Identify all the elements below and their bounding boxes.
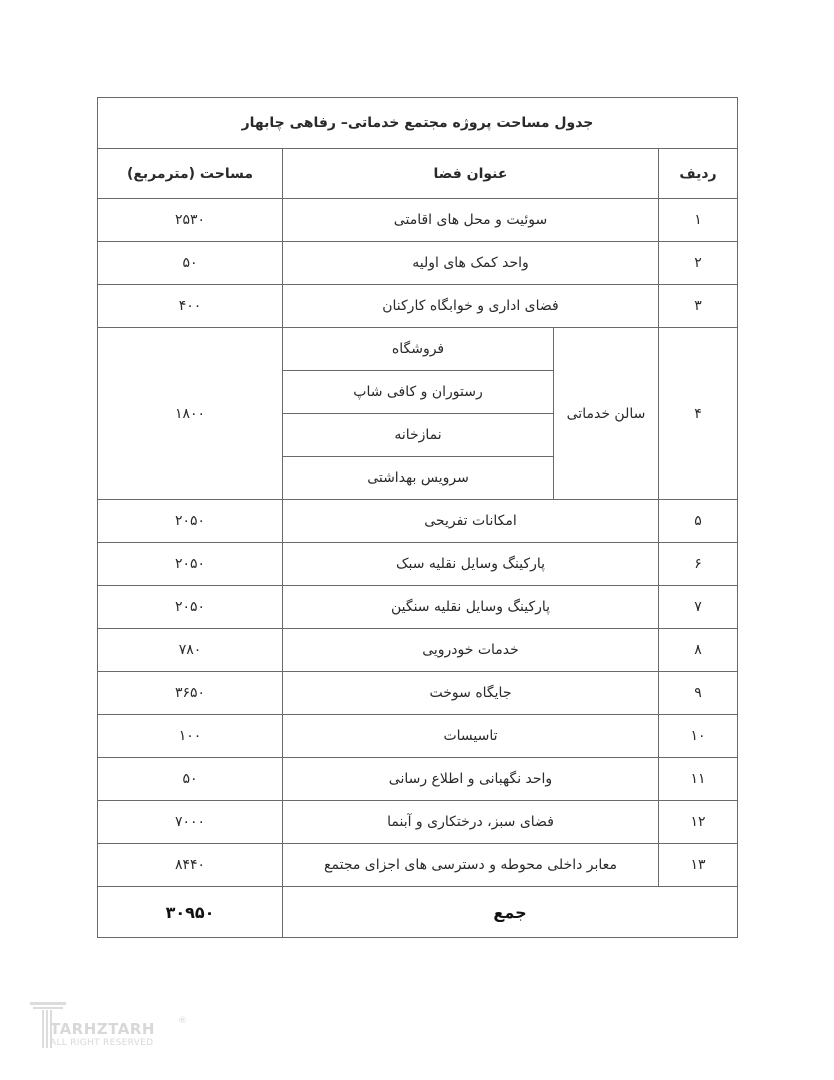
row-number: ۲ xyxy=(659,242,738,285)
table-row: ۱۳ معابر داخلی محوطه و دسترسی های اجزای … xyxy=(98,844,738,887)
table-row: ۳ فضای اداری و خوابگاه کارکنان ۴۰۰ xyxy=(98,285,738,328)
area-value: ۲۰۵۰ xyxy=(98,500,283,543)
table-row: ۱۲ فضای سبز، درختکاری و آبنما ۷۰۰۰ xyxy=(98,801,738,844)
header-area: مساحت (مترمربع) xyxy=(98,149,283,199)
row-number: ۱۰ xyxy=(659,715,738,758)
space-title: پارکینگ وسایل نقلیه سبک xyxy=(283,543,659,586)
registered-mark: ® xyxy=(178,1016,187,1026)
header-space-title: عنوان فضا xyxy=(283,149,659,199)
header-row-number: ردیف xyxy=(659,149,738,199)
space-title: فضای سبز، درختکاری و آبنما xyxy=(283,801,659,844)
row-number: ۱۳ xyxy=(659,844,738,887)
group-title: سالن خدماتی xyxy=(554,328,659,500)
sub-item: فروشگاه xyxy=(283,328,554,371)
total-label: جمع xyxy=(283,887,738,938)
row-number: ۹ xyxy=(659,672,738,715)
area-value: ۲۰۵۰ xyxy=(98,543,283,586)
area-value: ۵۰ xyxy=(98,242,283,285)
space-title: فضای اداری و خوابگاه کارکنان xyxy=(283,285,659,328)
table-row: ۱۱ واحد نگهبانی و اطلاع رسانی ۵۰ xyxy=(98,758,738,801)
row-number: ۸ xyxy=(659,629,738,672)
title-row: جدول مساحت پروژه مجتمع خدماتی– رفاهی چاب… xyxy=(98,98,738,149)
area-table: جدول مساحت پروژه مجتمع خدماتی– رفاهی چاب… xyxy=(97,97,738,938)
space-title: امکانات تفریحی xyxy=(283,500,659,543)
table-row: ۸ خدمات خودرویی ۷۸۰ xyxy=(98,629,738,672)
total-area: ۳۰۹۵۰ xyxy=(98,887,283,938)
space-title: تاسیسات xyxy=(283,715,659,758)
watermark: TARHZTARH ALL RIGHT RESERVED ® xyxy=(28,1000,188,1055)
table-row: ۵ امکانات تفریحی ۲۰۵۰ xyxy=(98,500,738,543)
space-title: واحد نگهبانی و اطلاع رسانی xyxy=(283,758,659,801)
row-number: ۴ xyxy=(659,328,738,500)
row-number: ۱۲ xyxy=(659,801,738,844)
row-number: ۵ xyxy=(659,500,738,543)
space-title: سوئیت و محل های اقامتی xyxy=(283,199,659,242)
table-row: ۶ پارکینگ وسایل نقلیه سبک ۲۰۵۰ xyxy=(98,543,738,586)
row-number: ۱۱ xyxy=(659,758,738,801)
area-value: ۲۵۳۰ xyxy=(98,199,283,242)
space-title: جایگاه سوخت xyxy=(283,672,659,715)
watermark-brand: TARHZTARH xyxy=(50,1020,155,1038)
area-value: ۲۰۵۰ xyxy=(98,586,283,629)
space-title: معابر داخلی محوطه و دسترسی های اجزای مجت… xyxy=(283,844,659,887)
area-value: ۴۰۰ xyxy=(98,285,283,328)
row-number: ۷ xyxy=(659,586,738,629)
sub-item: رستوران و کافی شاپ xyxy=(283,371,554,414)
sub-item: سرویس بهداشتی xyxy=(283,457,554,500)
row-number: ۳ xyxy=(659,285,738,328)
space-title: خدمات خودرویی xyxy=(283,629,659,672)
row-number: ۱ xyxy=(659,199,738,242)
sub-item: نمازخانه xyxy=(283,414,554,457)
table-row: ۷ پارکینگ وسایل نقلیه سنگین ۲۰۵۰ xyxy=(98,586,738,629)
area-value: ۵۰ xyxy=(98,758,283,801)
table-title: جدول مساحت پروژه مجتمع خدماتی– رفاهی چاب… xyxy=(98,98,738,149)
group-row: ۴ سالن خدماتی فروشگاه ۱۸۰۰ xyxy=(98,328,738,371)
header-row: ردیف عنوان فضا مساحت (مترمربع) xyxy=(98,149,738,199)
area-value: ۱۸۰۰ xyxy=(98,328,283,500)
row-number: ۶ xyxy=(659,543,738,586)
table-row: ۲ واحد کمک های اولیه ۵۰ xyxy=(98,242,738,285)
space-title: واحد کمک های اولیه xyxy=(283,242,659,285)
area-value: ۱۰۰ xyxy=(98,715,283,758)
space-title: پارکینگ وسایل نقلیه سنگین xyxy=(283,586,659,629)
area-value: ۸۴۴۰ xyxy=(98,844,283,887)
table-row: ۱ سوئیت و محل های اقامتی ۲۵۳۰ xyxy=(98,199,738,242)
table-row: ۱۰ تاسیسات ۱۰۰ xyxy=(98,715,738,758)
area-value: ۳۶۵۰ xyxy=(98,672,283,715)
area-value: ۷۸۰ xyxy=(98,629,283,672)
area-value: ۷۰۰۰ xyxy=(98,801,283,844)
watermark-rights: ALL RIGHT RESERVED xyxy=(50,1038,153,1048)
table-row: ۹ جایگاه سوخت ۳۶۵۰ xyxy=(98,672,738,715)
total-row: جمع ۳۰۹۵۰ xyxy=(98,887,738,938)
